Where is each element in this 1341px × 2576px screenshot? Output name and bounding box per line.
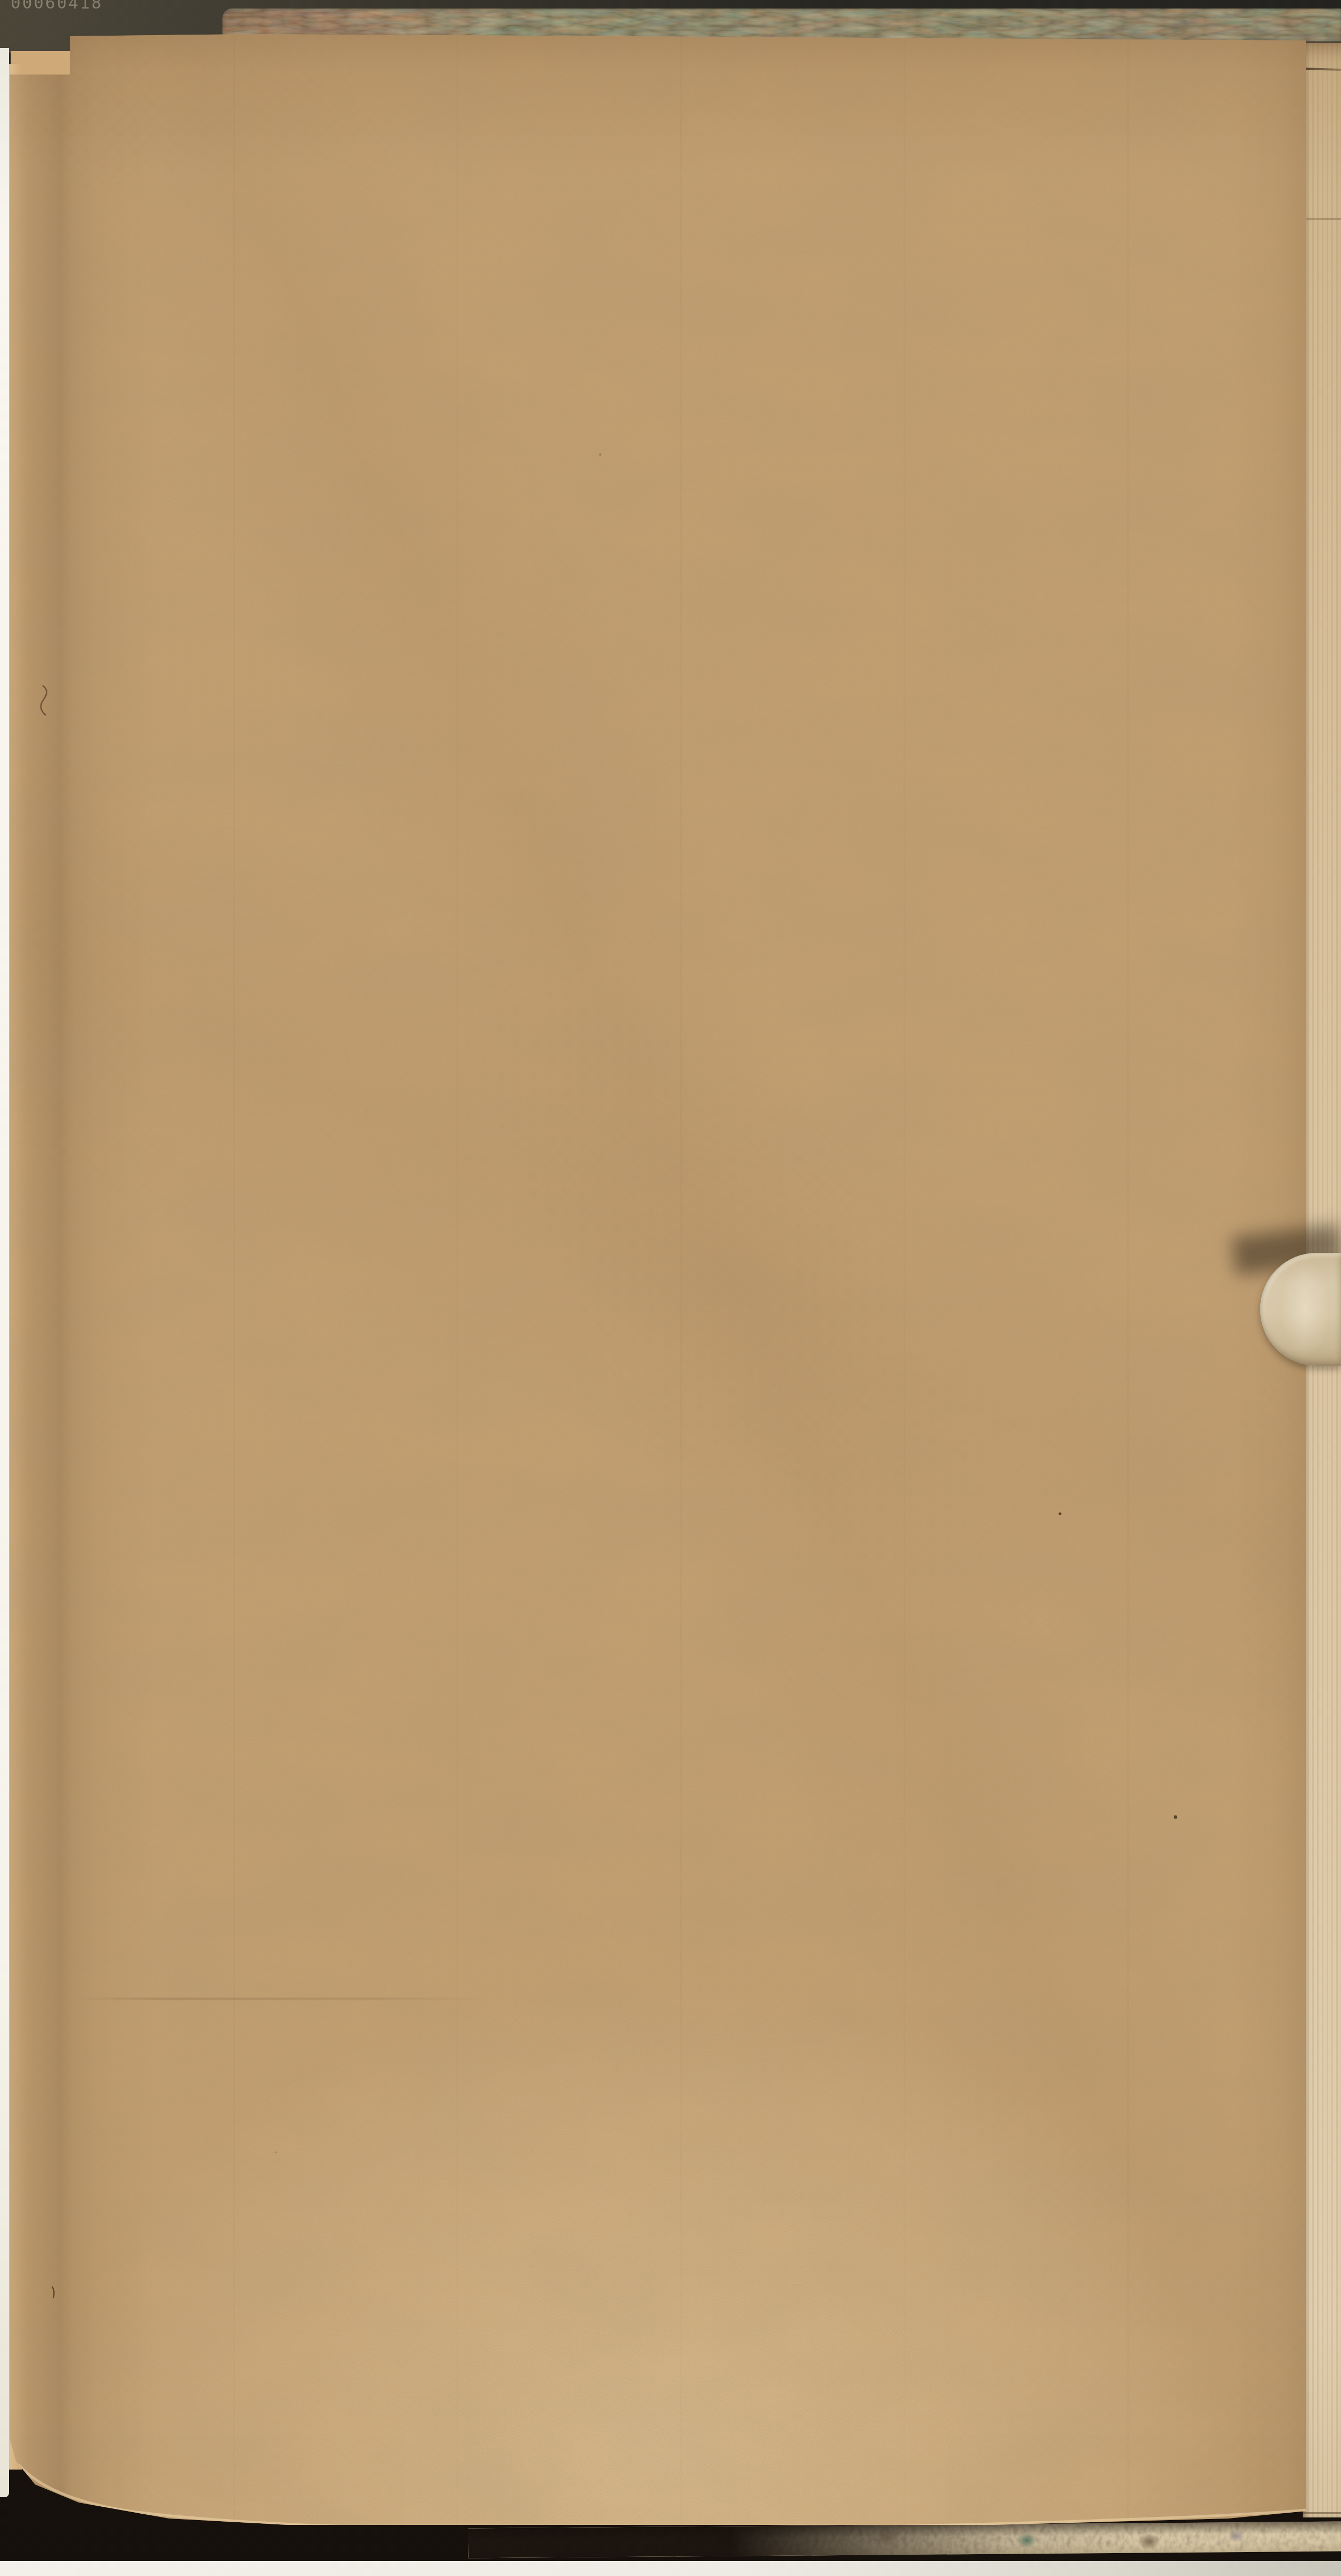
scan-watermark-id: 00060418 <box>11 0 103 13</box>
marble-shadow-fade <box>468 2522 1341 2558</box>
paper-marks <box>10 34 1306 2525</box>
scanner-bed-strip <box>0 2561 1341 2576</box>
book-scan: 00060418 <box>0 0 1341 2576</box>
facing-page-edge <box>0 48 9 2497</box>
fore-edge-seam <box>1303 218 1341 220</box>
fore-edge-seam <box>1303 68 1341 71</box>
cover-marbled-edge-bottom <box>468 2522 1341 2558</box>
blank-book-page <box>10 34 1306 2525</box>
clip-highlight <box>1281 1261 1329 1357</box>
fore-edge-seam <box>1303 2512 1341 2514</box>
page-crease <box>80 1998 484 2000</box>
